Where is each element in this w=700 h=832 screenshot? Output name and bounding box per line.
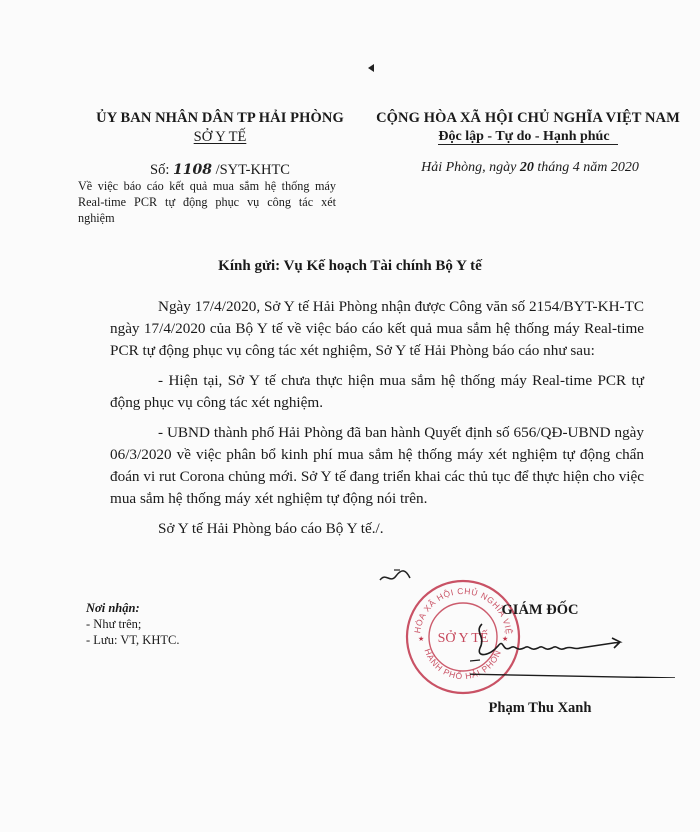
issuer-department: SỞ Y TẾ <box>194 129 247 146</box>
body-paragraph: - Hiện tại, Sở Y tế chưa thực hiện mua s… <box>110 370 644 414</box>
body-paragraph: Sở Y tế Hải Phòng báo cáo Bộ Y tế./. <box>110 518 644 540</box>
issuer-organization: ỦY BAN NHÂN DÂN TP HẢI PHÒNG <box>70 110 370 127</box>
recipient-item: - Như trên; <box>86 616 179 632</box>
addressee: Kính gửi: Vụ Kế hoạch Tài chính Bộ Y tế <box>0 258 700 275</box>
date-prefix: Hải Phòng, ngày <box>421 160 516 175</box>
issuer-header: ỦY BAN NHÂN DÂN TP HẢI PHÒNG SỞ Y TẾ <box>70 110 370 146</box>
recipients-title: Nơi nhận: <box>86 600 179 616</box>
body-paragraph: Ngày 17/4/2020, Sở Y tế Hải Phòng nhận đ… <box>110 296 644 362</box>
date-line: Hải Phòng, ngày 20 tháng 4 năm 2020 <box>380 160 680 176</box>
signer-name: Phạm Thu Xanh <box>440 700 640 717</box>
recipient-item: - Lưu: VT, KHTC. <box>86 632 179 648</box>
nation-title: CỘNG HÒA XÃ HỘI CHỦ NGHĨA VIỆT NAM <box>368 110 688 127</box>
doc-number-suffix: /SYT-KHTC <box>216 162 290 178</box>
national-header: CỘNG HÒA XÃ HỘI CHỦ NGHĨA VIỆT NAM Độc l… <box>368 110 688 145</box>
date-day-handwritten: 20 <box>520 160 534 175</box>
document-subject: Về việc báo cáo kết quả mua sắm hệ thống… <box>78 178 336 226</box>
scan-mark <box>368 64 374 72</box>
document-body: Ngày 17/4/2020, Sở Y tế Hải Phòng nhận đ… <box>110 296 644 548</box>
handwritten-signature-icon <box>470 618 680 678</box>
body-paragraph: - UBND thành phố Hải Phòng đã ban hành Q… <box>110 422 644 510</box>
date-suffix: tháng 4 năm 2020 <box>537 160 639 175</box>
doc-number-handwritten: 1108 <box>173 162 212 178</box>
document-number: Số: 1108 /SYT-KHTC <box>70 162 370 179</box>
signer-title: GIÁM ĐỐC <box>440 602 640 619</box>
svg-text:★: ★ <box>418 635 424 643</box>
recipients-list: Nơi nhận: - Như trên; - Lưu: VT, KHTC. <box>86 600 179 648</box>
national-motto: Độc lập - Tự do - Hạnh phúc <box>438 129 617 145</box>
doc-number-prefix: Số: <box>150 162 169 178</box>
